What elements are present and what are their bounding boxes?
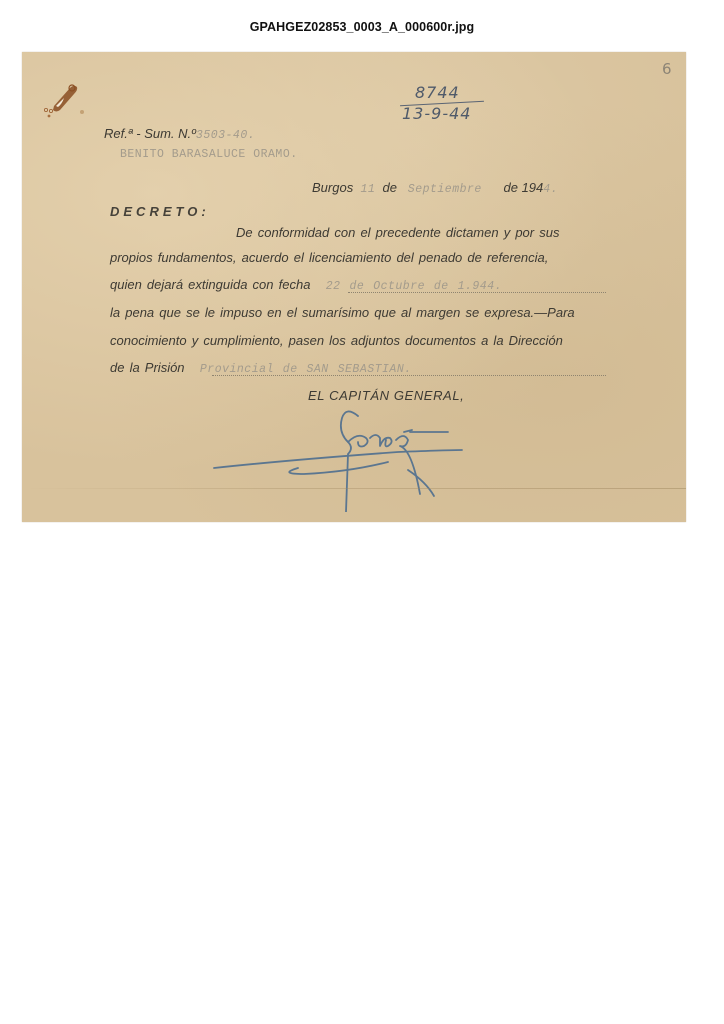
- prison-label: de la Prisión: [110, 360, 185, 375]
- dateline-de: de: [382, 180, 396, 195]
- person-name: BENITO BARASALUCE ORAMO.: [120, 148, 298, 161]
- reference-label: Ref.ª - Sum. N.º: [104, 126, 196, 141]
- dateline-year-suffix: 4.: [543, 183, 558, 196]
- registry-number: 8744: [415, 83, 460, 102]
- dateline-day: 11: [360, 183, 375, 196]
- dateline-month: Septiembre: [408, 183, 482, 196]
- signature-icon: [208, 402, 468, 512]
- reference-line: Ref.ª - Sum. N.º3503-40.: [104, 126, 255, 142]
- dateline-city: Burgos: [312, 180, 353, 195]
- paper-fold-crease: [22, 488, 686, 489]
- signer-title: EL CAPITÁN GENERAL,: [308, 388, 464, 403]
- file-title: GPAHGEZ02853_0003_A_000600r.jpg: [0, 20, 724, 34]
- reference-value: 3503-40.: [196, 129, 255, 142]
- body-line-6: de la Prisión Provincial de SAN SEBASTIA…: [110, 360, 412, 376]
- document-paper: 6 8744 13-9-44 Ref.ª - Sum. N.º3503-40. …: [22, 52, 686, 522]
- page-number: 6: [662, 60, 672, 78]
- dateline-de-2: de: [503, 180, 517, 195]
- decree-heading: DECRETO:: [110, 204, 210, 219]
- dateline: Burgos 11 de Septiembre de 1944.: [312, 180, 558, 196]
- body-line-4: la pena que se le impuso en el sumarísim…: [110, 305, 575, 320]
- fill-in-dotted-line: [212, 375, 606, 376]
- rust-stain-icon: [40, 76, 90, 120]
- body-line-2: propios fundamentos, acuerdo el licencia…: [110, 250, 548, 265]
- body-line-1: De conformidad con el precedente dictame…: [236, 225, 559, 240]
- body-line-3: quien dejará extinguida con fecha 22 de …: [110, 277, 502, 293]
- body-line-5: conocimiento y cumplimiento, pasen los a…: [110, 333, 563, 348]
- extinction-date-label: quien dejará extinguida con fecha: [110, 277, 310, 292]
- dateline-year-prefix: 194: [522, 180, 544, 195]
- registry-date: 13-9-44: [402, 104, 471, 123]
- fill-in-dotted-line: [348, 292, 606, 293]
